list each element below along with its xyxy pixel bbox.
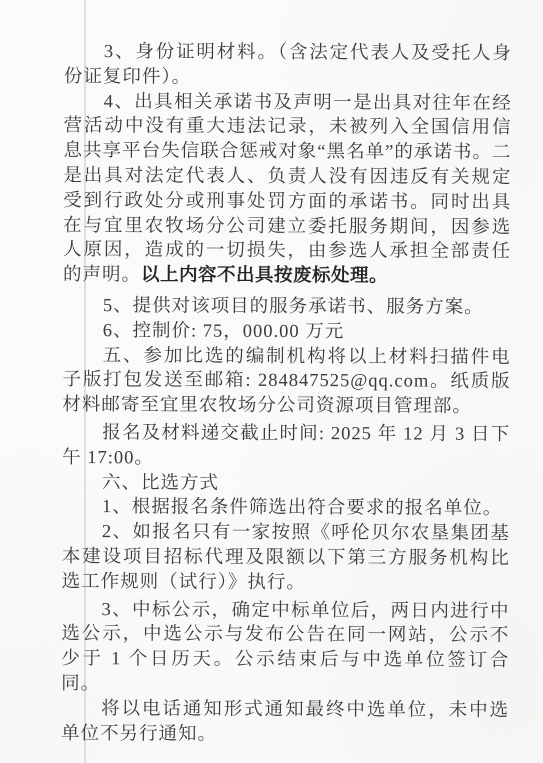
paragraph-item-4-bold-text: 以上内容不出具按废标处理。 bbox=[141, 266, 388, 287]
paragraph-section-6-heading: 六、比选方式 bbox=[62, 471, 510, 498]
paragraph-item-4-commitment-letters: 4、出具相关承诺书及声明一是出具对往年在经营活动中没有重大违法记录，未被列入全国… bbox=[63, 90, 512, 290]
paragraph-item-5-service-plan: 5、提供对该项目的服务承诺书、服务方案。 bbox=[63, 294, 511, 321]
paragraph-section-5-material-submission: 五、参加比选的编制机构将以上材料扫描件电子版打包发送至邮箱: 284847525… bbox=[62, 344, 510, 420]
paragraph-method-2-single-applicant-rule: 2、如报名只有一家按照《呼伦贝尔农垦集团基本建设项目招标代理及限额以下第三方服务… bbox=[62, 520, 510, 596]
paragraph-item-3-identity-materials: 3、身份证明材料。（含法定代表人及受托人身份证复印件）。 bbox=[64, 40, 512, 92]
paragraph-item-4-normal-text: 4、出具相关承诺书及声明一是出具对往年在经营活动中没有重大违法记录，未被列入全国… bbox=[63, 92, 512, 286]
document-body: 3、身份证明材料。（含法定代表人及受托人身份证复印件）。 4、出具相关承诺书及声… bbox=[61, 40, 512, 748]
paragraph-notification-by-phone: 将以电话通知形式通知最终中选单位，未中选单位不另行通知。 bbox=[61, 697, 509, 749]
scanned-document-page: 3、身份证明材料。（含法定代表人及受托人身份证复印件）。 4、出具相关承诺书及声… bbox=[0, 0, 543, 763]
paragraph-method-1-screening: 1、根据报名条件筛选出符合要求的报名单位。 bbox=[62, 495, 510, 522]
paragraph-item-6-control-price: 6、控制价: 75，000.00 万元 bbox=[63, 319, 511, 346]
paragraph-method-3-award-publicity: 3、中标公示，确定中标单位后，两日内进行中选公示，中选公示与发布公告在同一网站，… bbox=[61, 598, 509, 699]
paragraph-submission-deadline: 报名及材料递交截止时间: 2025 年 12 月 3 日下午 17:00。 bbox=[62, 421, 510, 473]
